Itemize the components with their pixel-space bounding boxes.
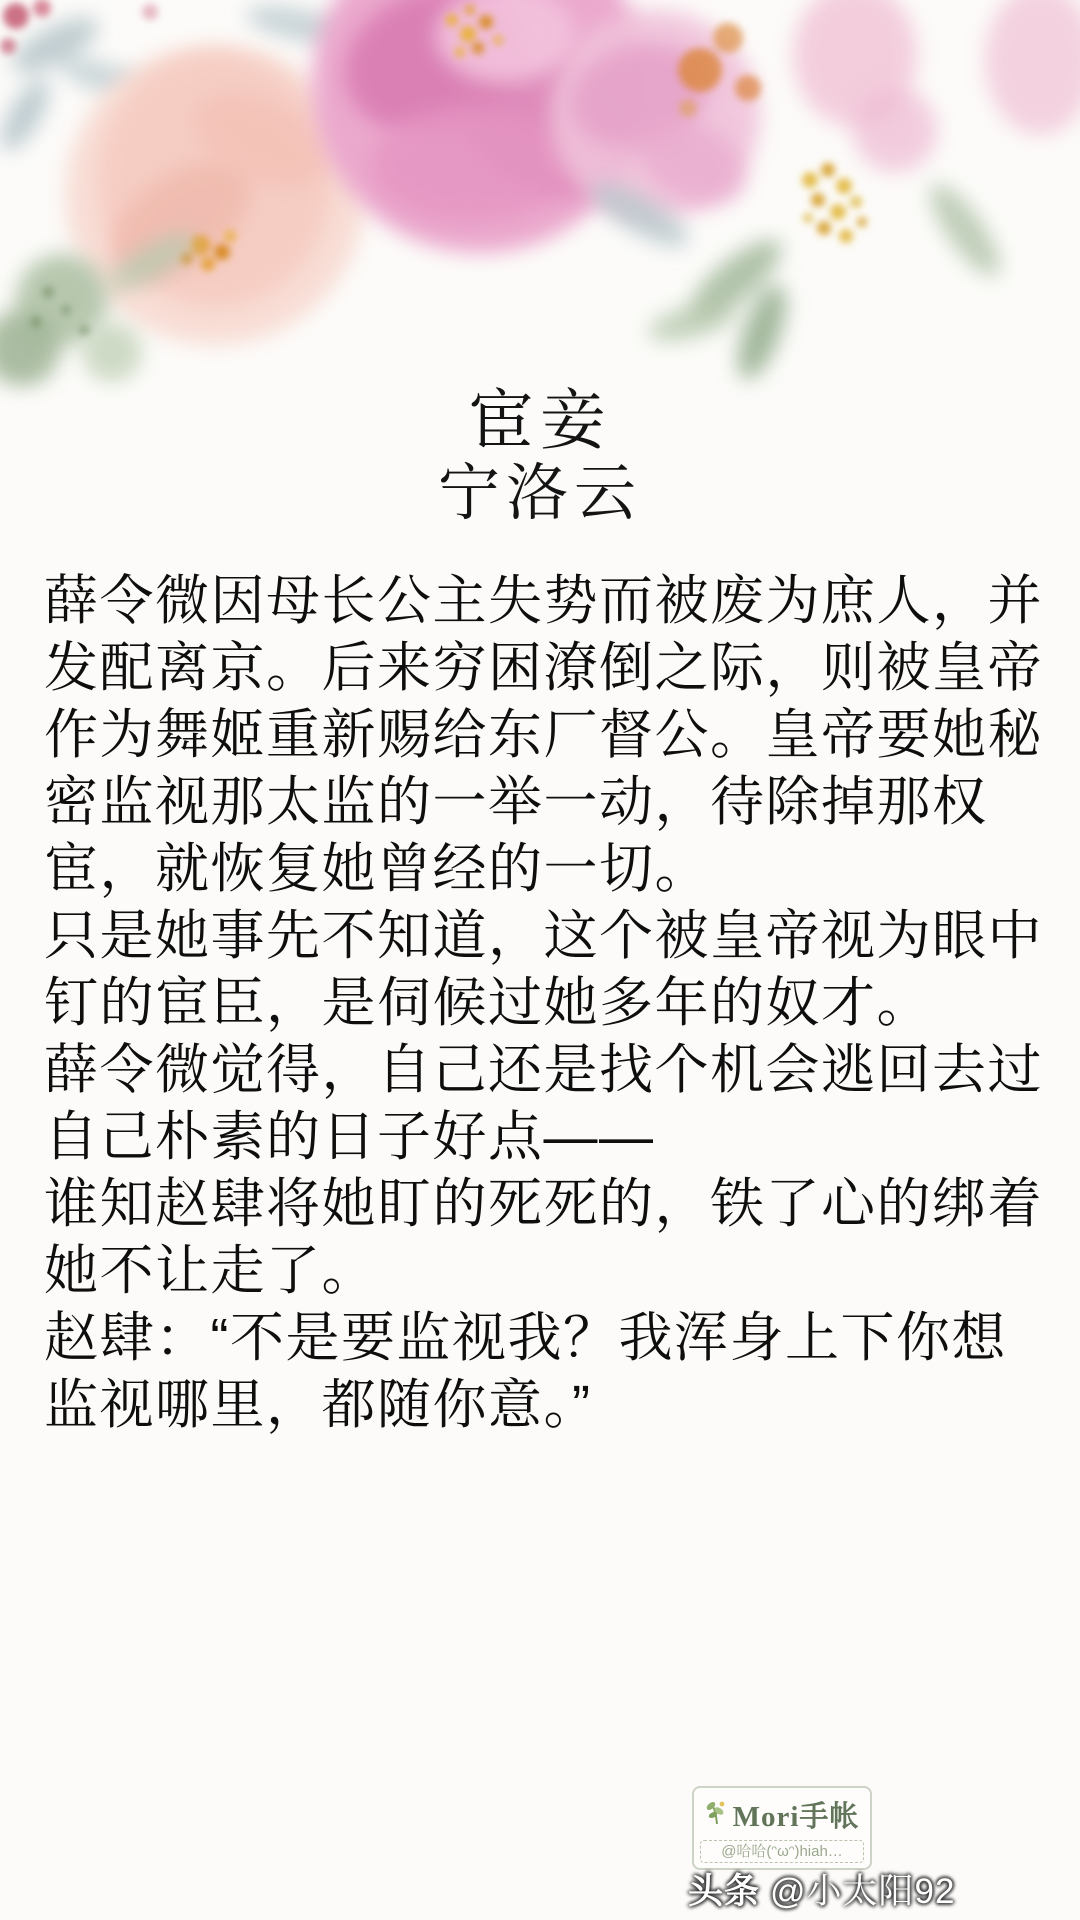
platform-watermark: 头条@小太阳92 xyxy=(688,1872,955,1912)
stamp-brand-text: Mori手帐 xyxy=(733,1794,860,1835)
stamp-handle-text: @哈哈(ᵔωᵔ)hiah… xyxy=(700,1840,864,1863)
platform-handle: @小太阳92 xyxy=(770,1872,955,1911)
synopsis-paragraph: 赵肆：“不是要监视我？我浑身上下你想监视哪里，都随你意。” xyxy=(44,1305,1044,1439)
synopsis-paragraph: 薛令微因母长公主失势而被废为庶人，并发配离京。后来穷困潦倒之际，则被皇帝作为舞姬… xyxy=(44,568,1044,903)
mori-stamp-watermark: Mori手帐 @哈哈(ᵔωᵔ)hiah… xyxy=(692,1786,872,1870)
author-name: 宁洛云 xyxy=(0,460,1080,528)
flower-peach-left xyxy=(65,45,365,345)
leaf-cluster-bottom-left xyxy=(0,223,203,386)
flower-pink-right xyxy=(550,10,761,223)
synopsis-paragraph: 谁知赵肆将她盯的死死的，铁了心的绑着她不让走了。 xyxy=(44,1171,1044,1305)
bud-cluster-top-left xyxy=(0,0,158,54)
synopsis: 薛令微因母长公主失势而被废为庶人，并发配离京。后来穷困潦倒之际，则被皇帝作为舞姬… xyxy=(44,568,1044,1439)
leaf-cluster-right xyxy=(583,172,1011,385)
page-title: 宦妾 xyxy=(0,382,1080,458)
stamen-cluster xyxy=(446,5,503,57)
synopsis-paragraph: 薛令微觉得，自己还是找个机会逃回去过自己朴素的日子好点—— xyxy=(44,1037,1044,1171)
synopsis-paragraph: 只是她事先不知道，这个被皇帝视为眼中钉的宦臣，是伺候过她多年的奴才。 xyxy=(44,903,1044,1037)
book-recommendation-card: 宦妾 宁洛云 薛令微因母长公主失势而被废为庶人，并发配离京。后来穷困潦倒之际，则… xyxy=(0,0,1080,1920)
flower-orange-top-right xyxy=(678,23,761,117)
flower-pink-far-right xyxy=(793,0,1080,172)
header: 宦妾 宁洛云 xyxy=(0,382,1080,528)
flower-pink-center xyxy=(312,0,659,253)
platform-name: 头条 xyxy=(688,1872,760,1911)
leaf-icon xyxy=(705,1799,729,1830)
leaf-cluster-top-left xyxy=(0,0,357,157)
floral-illustration xyxy=(0,0,1080,420)
mimosa-cluster-right xyxy=(802,163,867,243)
